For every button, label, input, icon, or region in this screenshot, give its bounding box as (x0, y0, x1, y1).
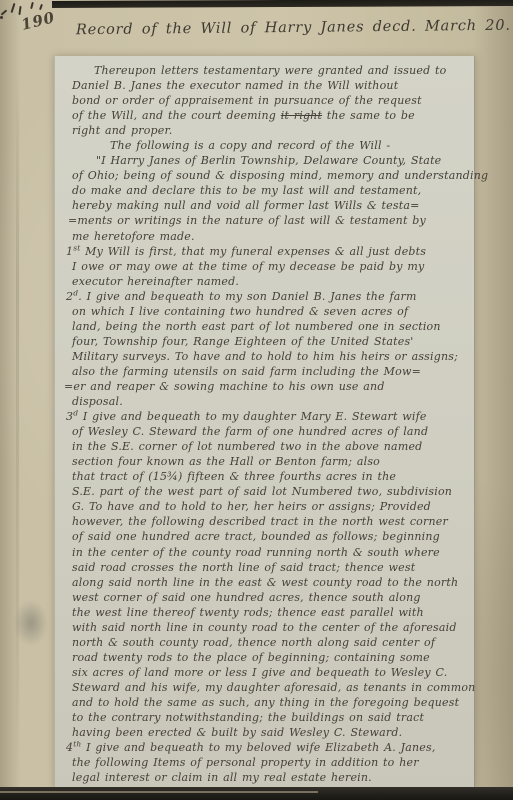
text-line: legal interest or claim in all my real e… (72, 770, 466, 785)
text-line: on which I live containing two hundred &… (72, 304, 466, 319)
ink-mark (1, 9, 8, 15)
text-line: 3d I give and bequeath to my daughter Ma… (66, 409, 466, 424)
text-line: =ments or writings in the nature of last… (68, 213, 466, 228)
text-line: and to hold the same as such, any thing … (72, 695, 466, 710)
document-lines: Thereupon letters testamentary were gran… (55, 56, 474, 789)
text-line: to the contrary notwithstanding; the bui… (72, 710, 466, 725)
text-line: in the S.E. corner of lot numbered two i… (72, 439, 466, 454)
photo-edge-bottom (0, 787, 513, 800)
text-line: 1st My Will is first, that my funeral ex… (66, 244, 466, 259)
text-line: bond or order of appraisement in pursuan… (72, 93, 466, 108)
text-line: west corner of said one hundred acres, t… (72, 590, 466, 605)
ink-smudge (14, 600, 48, 646)
ink-dot (0, 16, 3, 19)
text-line: having been erected & built by said Wesl… (72, 725, 466, 740)
text-line: disposal. (72, 394, 466, 409)
text-line: of said one hundred acre tract, bounded … (72, 529, 466, 544)
text-line: me heretofore made. (72, 229, 466, 244)
text-line: that tract of (15¾) fifteen & three four… (72, 469, 466, 484)
text-line: Thereupon letters testamentary were gran… (94, 63, 466, 78)
text-line: Military surveys. To have and to hold to… (72, 349, 466, 364)
text-line: 2d. I give and bequeath to my son Daniel… (66, 289, 466, 304)
photo-edge-gap (0, 791, 318, 793)
text-line: north & south county road, thence north … (72, 635, 466, 650)
text-line: section four known as the Hall or Benton… (72, 454, 466, 469)
ink-mark (18, 6, 21, 15)
page-crease (16, 70, 19, 770)
text-line: S.E. part of the west part of said lot N… (72, 484, 466, 499)
text-line: of Ohio; being of sound & disposing mind… (72, 168, 466, 183)
text-line: six acres of land more or less I give an… (72, 665, 466, 680)
ink-mark (30, 2, 34, 9)
text-line: in the center of the county road running… (72, 545, 466, 560)
text-line: I owe or may owe at the time of my decea… (72, 259, 466, 274)
text-line: the following Items of personal property… (72, 755, 466, 770)
text-line: hereby making null and void all former l… (72, 198, 466, 213)
text-line: land, being the north east part of lot n… (72, 319, 466, 334)
text-line: road twenty rods to the place of beginni… (72, 650, 466, 665)
text-line: with said north line in county road to t… (72, 620, 466, 635)
text-line: four, Township four, Range Eighteen of t… (72, 334, 466, 349)
text-line: G. To have and to hold to her, her heirs… (72, 499, 466, 514)
scanned-page: 190 Record of the Will of Harry Janes de… (0, 0, 513, 800)
ink-mark (39, 4, 43, 10)
text-line: Daniel B. Janes the executor named in th… (72, 78, 466, 93)
text-line: Steward and his wife, my daughter afores… (72, 680, 466, 695)
text-line: the west line thereof twenty rods; thenc… (72, 605, 466, 620)
text-line: The following is a copy and record of th… (110, 138, 466, 153)
text-line: right and proper. (72, 123, 466, 138)
page-number: 190 (19, 8, 57, 34)
text-line: =er and reaper & sowing machine to his o… (64, 379, 466, 394)
text-line: executor hereinafter named. (72, 274, 466, 289)
text-line: "I Harry Janes of Berlin Township, Delaw… (96, 153, 466, 168)
text-line: also the farming utensils on said farm i… (72, 364, 466, 379)
text-line: along said north line in the east & west… (72, 575, 466, 590)
text-line: 4th I give and bequeath to my beloved wi… (66, 740, 466, 755)
text-line: of Wesley C. Steward the farm of one hun… (72, 424, 466, 439)
record-title: Record of the Will of Harry Janes decd. … (76, 18, 506, 39)
record-sheet: Thereupon letters testamentary were gran… (54, 56, 475, 788)
text-line: of the Will, and the court deeming it ri… (72, 108, 466, 123)
text-line: said road crosses the north line of said… (72, 560, 466, 575)
ink-mark (11, 3, 16, 13)
text-line: however, the following described tract i… (72, 514, 466, 529)
photo-edge-top (52, 0, 513, 8)
text-line: do make and declare this to be my last w… (72, 183, 466, 198)
